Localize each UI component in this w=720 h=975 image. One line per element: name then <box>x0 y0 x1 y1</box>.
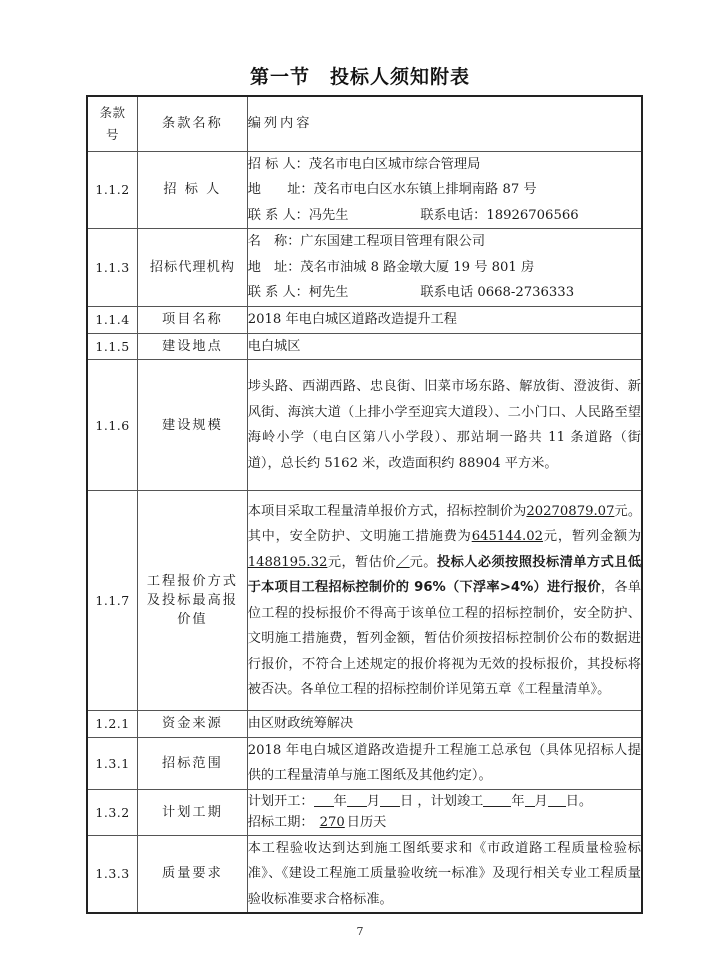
table-row: 1.2.1 资金来源 由区财政统筹解决 <box>87 711 642 738</box>
clause-content: 本项目采取工程量清单报价方式，招标控制价为20270879.07元。其中，安全防… <box>247 491 642 711</box>
end-day-blank <box>548 792 566 807</box>
clause-number: 1.1.6 <box>87 360 138 491</box>
clause-content: 电白城区 <box>247 333 642 360</box>
start-year-blank <box>314 792 334 807</box>
clause-content: 由区财政统筹解决 <box>247 711 642 738</box>
year-label: 年 <box>334 794 347 809</box>
contact-phone: 联系电话：18926706566 <box>420 208 578 223</box>
clause-name-line2: 及投标最高报 <box>138 591 247 610</box>
contact-person: 联 系 人：冯先生 <box>248 208 349 223</box>
provisional-sum-value: 1488195.32 <box>248 555 328 570</box>
header-clause-number-line2: 号 <box>88 124 137 146</box>
clause-content: 2018 年电白城区道路改造提升工程 <box>247 307 642 334</box>
bidder-instructions-table: 条款 号 条款名称 编列内容 1.1.2 招 标 人 招 标 人：茂名市电白区城… <box>86 95 643 914</box>
safety-fee-value: 645144.02 <box>472 529 543 544</box>
table-row: 1.1.6 建设规模 埗头路、西湖西路、忠良街、旧菜市场东路、解放街、澄波街、新… <box>87 360 642 491</box>
month-label: 月 <box>367 794 380 809</box>
clause-content: 2018 年电白城区道路改造提升工程施工总承包（具体见招标人提供的工程量清单与施… <box>247 737 642 789</box>
contact-person: 联 系 人：柯先生 <box>248 285 349 300</box>
agency-address: 地 址：茂名市油城 8 路金墩大厦 19 号 801 房 <box>248 255 641 281</box>
clause-name: 工程报价方式 及投标最高报 价值 <box>138 491 248 711</box>
clause-name: 质量要求 <box>138 835 248 913</box>
pricing-text: 元。 <box>410 555 437 570</box>
tenderer-name: 招 标 人：茂名市电白区城市综合管理局 <box>248 152 641 178</box>
clause-content: 名 称：广东国建工程项目管理有限公司 地 址：茂名市油城 8 路金墩大厦 19 … <box>247 229 642 307</box>
pricing-text: 本项目采取工程量清单报价方式，招标控制价为 <box>248 504 527 519</box>
agency-name: 名 称：广东国建工程项目管理有限公司 <box>248 229 641 255</box>
page-number: 7 <box>0 925 720 938</box>
duration-unit: 日历天 <box>347 815 387 830</box>
duration-value: 270 <box>314 815 347 830</box>
day-label: 日 <box>566 794 579 809</box>
agency-contact: 联 系 人：柯先生联系电话 0668-2736333 <box>248 280 641 306</box>
header-clause-name: 条款名称 <box>138 96 248 151</box>
clause-number: 1.3.3 <box>87 835 138 913</box>
clause-name-line1: 工程报价方式 <box>138 572 247 591</box>
header-clause-number-line1: 条款 <box>88 102 137 124</box>
table-header-row: 条款 号 条款名称 编列内容 <box>87 96 642 151</box>
header-clause-number: 条款 号 <box>87 96 138 151</box>
month-label: 月 <box>535 794 548 809</box>
address-label: 地 址： <box>248 182 314 197</box>
clause-name: 招标代理机构 <box>138 229 248 307</box>
clause-content: 计划开工：年月日 ，计划竣工年月日。 招标工期：270日历天 <box>247 789 642 835</box>
table-row: 1.3.2 计划工期 计划开工：年月日 ，计划竣工年月日。 招标工期：270日历… <box>87 789 642 835</box>
year-label: 年 <box>511 794 524 809</box>
start-day-blank <box>380 792 400 807</box>
clause-name: 计划工期 <box>138 789 248 835</box>
clause-name: 项目名称 <box>138 307 248 334</box>
clause-number: 1.1.7 <box>87 491 138 711</box>
clause-content: 本工程验收达到达到施工图纸要求和《市政道路工程质量检验标准》、《建设工程施工质量… <box>247 835 642 913</box>
end-year-blank <box>483 792 511 807</box>
pricing-text: 元，暂估价 <box>327 555 396 570</box>
table-row: 1.3.3 质量要求 本工程验收达到达到施工图纸要求和《市政道路工程质量检验标准… <box>87 835 642 913</box>
clause-number: 1.1.4 <box>87 307 138 334</box>
table-row: 1.1.4 项目名称 2018 年电白城区道路改造提升工程 <box>87 307 642 334</box>
page-title: 第一节 投标人须知附表 <box>0 62 720 89</box>
estimate-value: ／ <box>396 555 410 570</box>
start-month-blank <box>347 792 367 807</box>
schedule-duration: 招标工期：270日历天 <box>248 812 641 833</box>
schedule-dates: 计划开工：年月日 ，计划竣工年月日。 <box>248 791 641 812</box>
clause-number: 1.3.2 <box>87 789 138 835</box>
header-content: 编列内容 <box>247 96 642 151</box>
clause-name-line3: 价值 <box>138 610 247 629</box>
control-price-value: 20270879.07 <box>526 504 614 519</box>
contact-phone: 联系电话 0668-2736333 <box>420 285 574 300</box>
clause-number: 1.1.5 <box>87 333 138 360</box>
end-label: ，计划竣工 <box>417 794 483 809</box>
clause-name: 招标范围 <box>138 737 248 789</box>
table-row: 1.1.2 招 标 人 招 标 人：茂名市电白区城市综合管理局 地 址：茂名市电… <box>87 151 642 229</box>
duration-label: 招标工期： <box>248 815 314 830</box>
clause-number: 1.3.1 <box>87 737 138 789</box>
table-row: 1.3.1 招标范围 2018 年电白城区道路改造提升工程施工总承包（具体见招标… <box>87 737 642 789</box>
period: 。 <box>579 794 592 809</box>
clause-number: 1.1.3 <box>87 229 138 307</box>
start-label: 计划开工： <box>248 794 314 809</box>
clause-name: 招 标 人 <box>138 151 248 229</box>
clause-content: 招 标 人：茂名市电白区城市综合管理局 地 址：茂名市电白区水东镇上排垌南路 8… <box>247 151 642 229</box>
clause-name: 建设规模 <box>138 360 248 491</box>
clause-name: 资金来源 <box>138 711 248 738</box>
table-row: 1.1.5 建设地点 电白城区 <box>87 333 642 360</box>
table-row: 1.1.7 工程报价方式 及投标最高报 价值 本项目采取工程量清单报价方式，招标… <box>87 491 642 711</box>
clause-name: 建设地点 <box>138 333 248 360</box>
pricing-text: ，各单位工程的投标报价不得高于该单位工程的招标控制价，安全防护、文明施工措施费，… <box>248 580 641 697</box>
clause-content: 埗头路、西湖西路、忠良街、旧菜市场东路、解放街、澄波街、新风街、海滨大道（上排小… <box>247 360 642 491</box>
end-month-blank <box>525 792 535 807</box>
table-row: 1.1.3 招标代理机构 名 称：广东国建工程项目管理有限公司 地 址：茂名市油… <box>87 229 642 307</box>
pricing-text: 元，暂列金额为 <box>543 529 641 544</box>
address-value: 茂名市电白区水东镇上排垌南路 87 号 <box>314 182 537 197</box>
tenderer-address: 地 址：茂名市电白区水东镇上排垌南路 87 号 <box>248 177 641 203</box>
clause-number: 1.1.2 <box>87 151 138 229</box>
day-label: 日 <box>400 794 413 809</box>
clause-number: 1.2.1 <box>87 711 138 738</box>
tenderer-contact: 联 系 人：冯先生联系电话：18926706566 <box>248 203 641 229</box>
